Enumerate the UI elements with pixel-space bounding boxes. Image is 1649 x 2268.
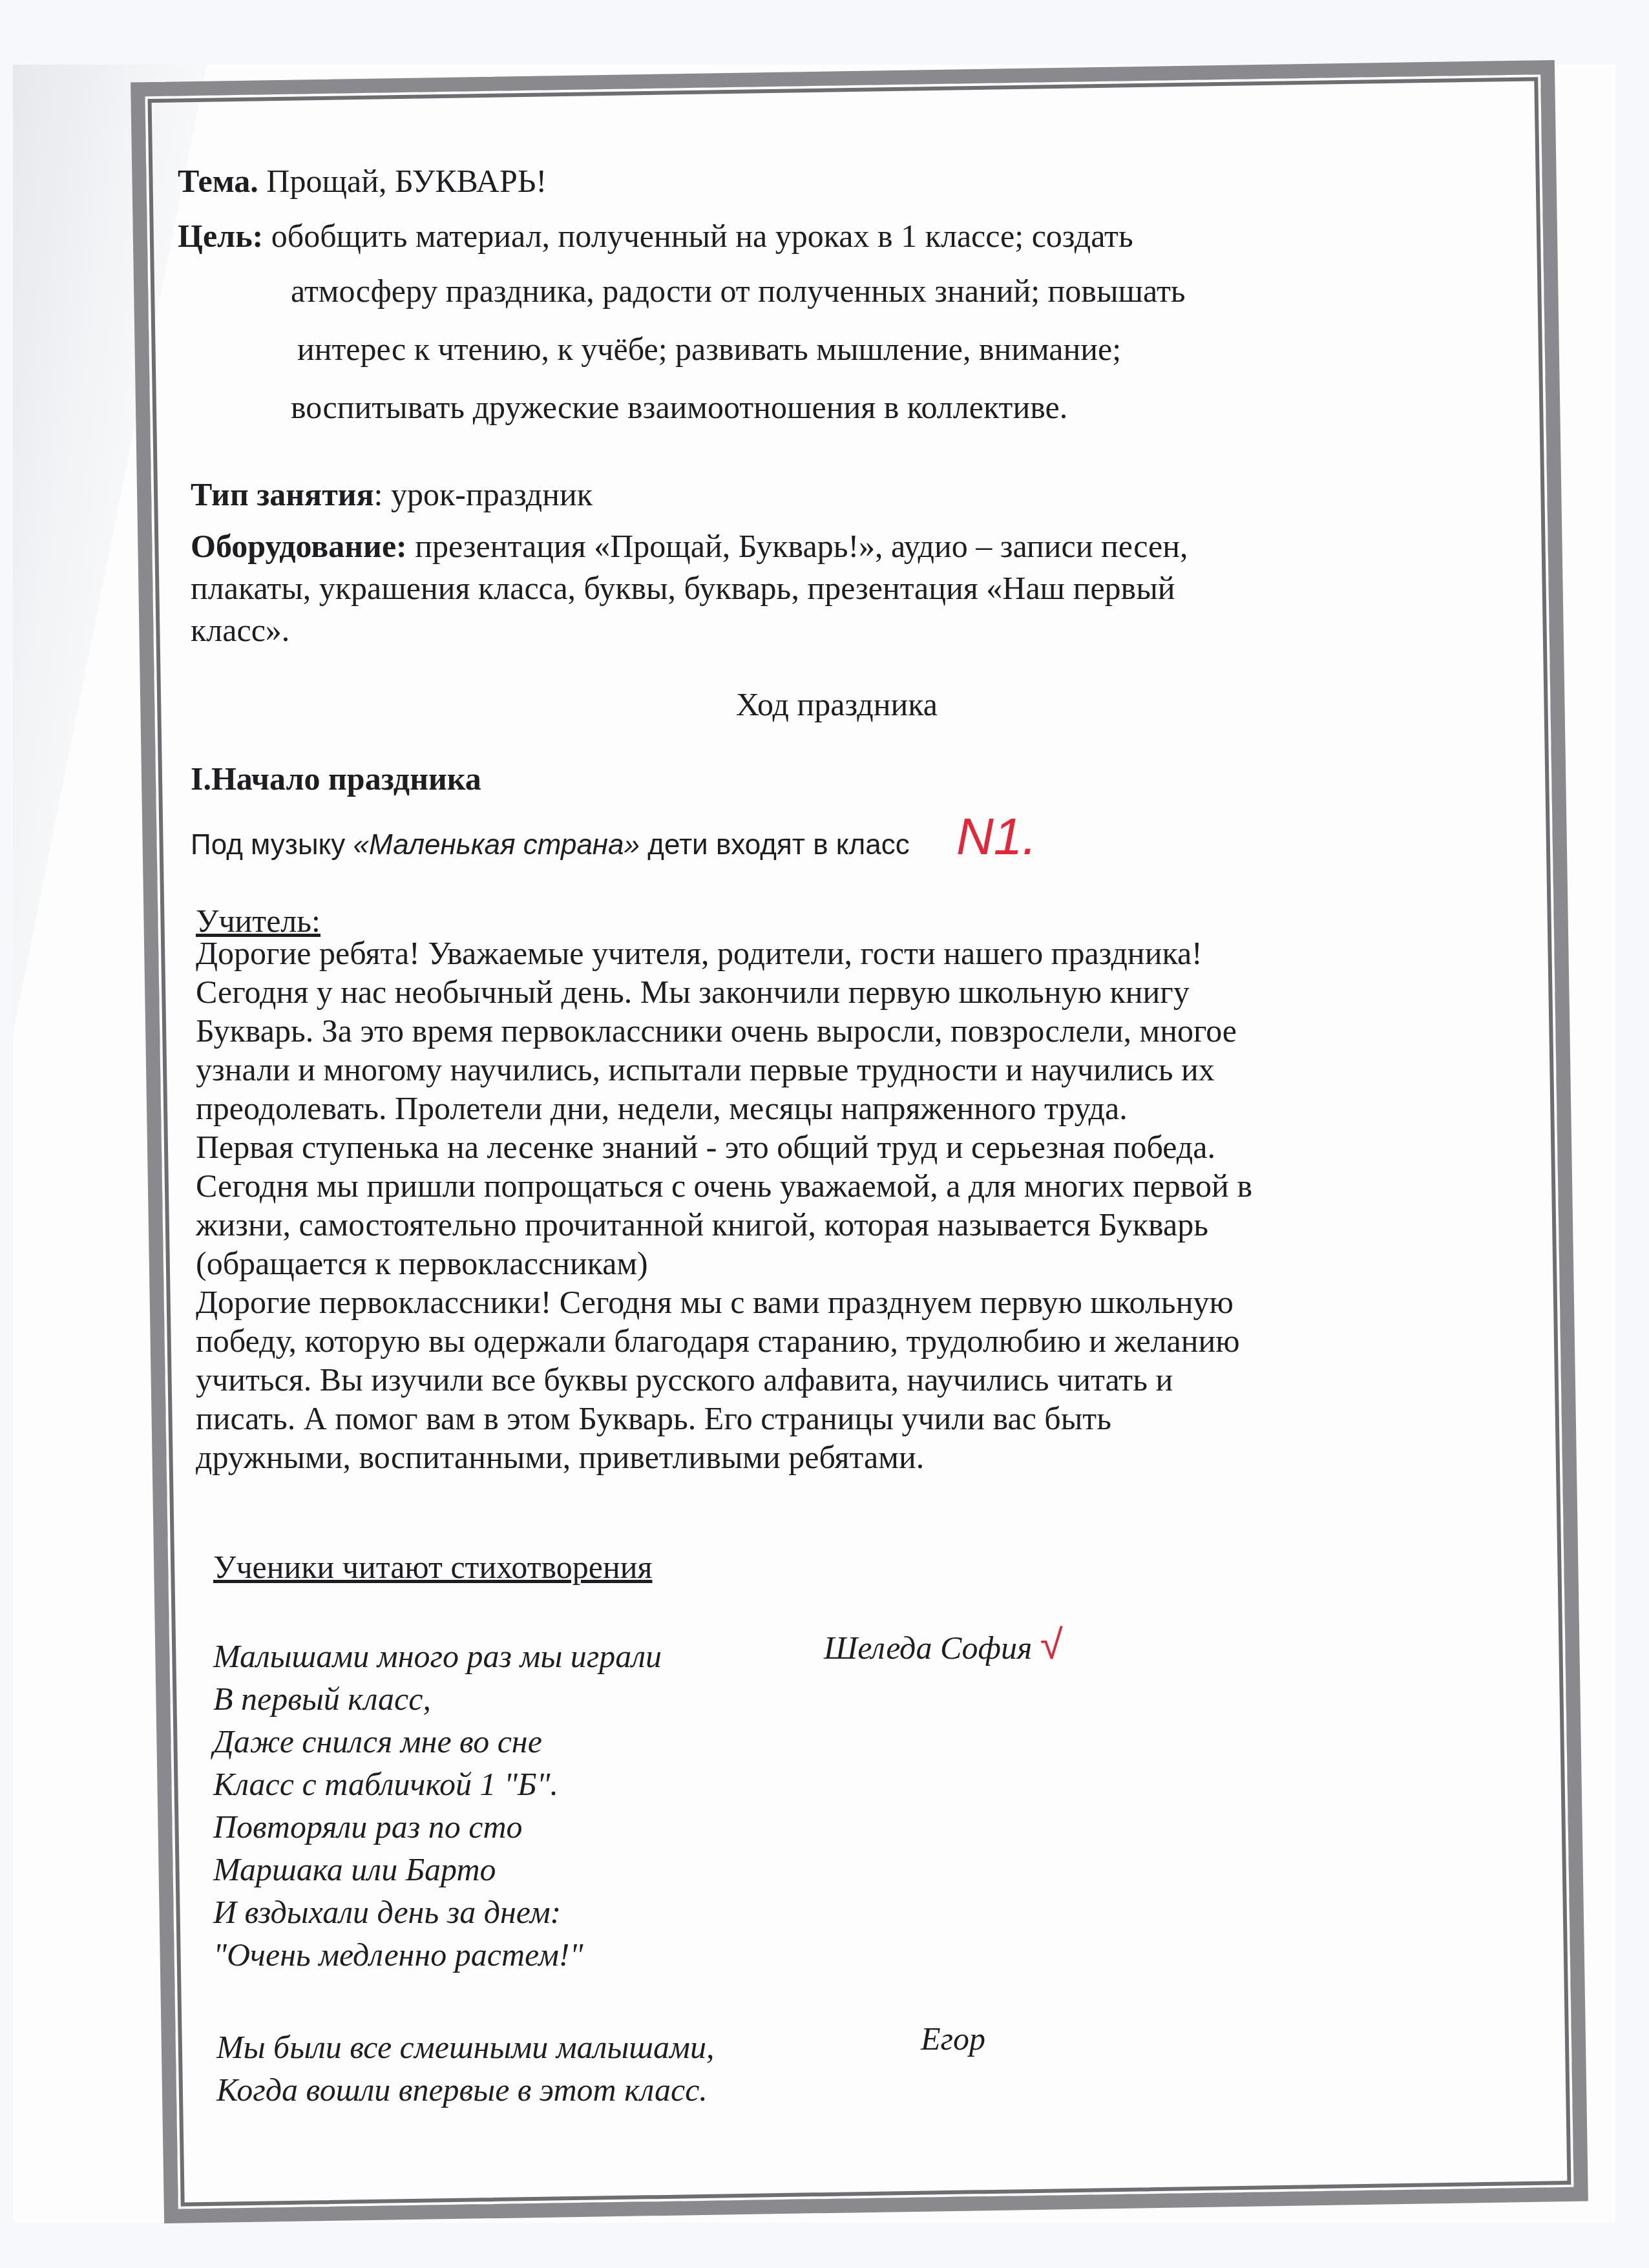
equipment-label: Оборудование: — [191, 528, 407, 564]
section-title: I.Начало праздника — [191, 759, 481, 798]
lesson-type-label: Тип занятия — [191, 476, 374, 512]
handwritten-number-annotation: N1. — [956, 808, 1037, 865]
goal-line-2: атмосферу праздника, радости от полученн… — [291, 271, 1186, 310]
topic-line: Тема. Прощай, БУКВАРЬ! — [178, 162, 547, 200]
equipment-line-1: Оборудование: презентация «Прощай, Буква… — [191, 527, 1188, 565]
poem-1-reader: Шеледа София √ — [824, 1625, 1063, 1667]
goal-label: Цель: — [178, 218, 263, 254]
lesson-type-value: : урок-праздник — [374, 476, 593, 512]
teacher-speech: Дорогие ребята! Уважаемые учителя, родит… — [196, 934, 1252, 1476]
topic-value: Прощай, БУКВАРЬ! — [266, 163, 547, 199]
poem-1: Малышами много раз мы играли В первый кл… — [213, 1635, 662, 1976]
equipment-line-3: класс». — [191, 611, 289, 649]
check-mark-annotation: √ — [1040, 1621, 1063, 1668]
poem-2: Мы были все смешными малышами, Когда вош… — [216, 2026, 714, 2111]
course-title: Ход праздника — [178, 685, 1496, 724]
equipment-line-2: плакаты, украшения класса, буквы, буквар… — [191, 569, 1175, 607]
music-line: Под музыку «Маленькая страна» дети входя… — [191, 817, 1036, 865]
goal-line-3: интерес к чтению, к учёбе; развивать мыш… — [297, 330, 1121, 368]
poem-2-reader: Егор — [921, 2019, 985, 2058]
song-title: «Маленькая страна» — [353, 829, 640, 861]
students-label: Ученики читают стихотворения — [213, 1548, 652, 1586]
goal-line-1: Цель: обобщить материал, полученный на у… — [178, 216, 1133, 255]
goal-line-4: воспитывать дружеские взаимоотношения в … — [291, 388, 1067, 426]
lesson-type-line: Тип занятия: урок-праздник — [191, 475, 593, 514]
topic-label: Тема. — [178, 163, 258, 199]
